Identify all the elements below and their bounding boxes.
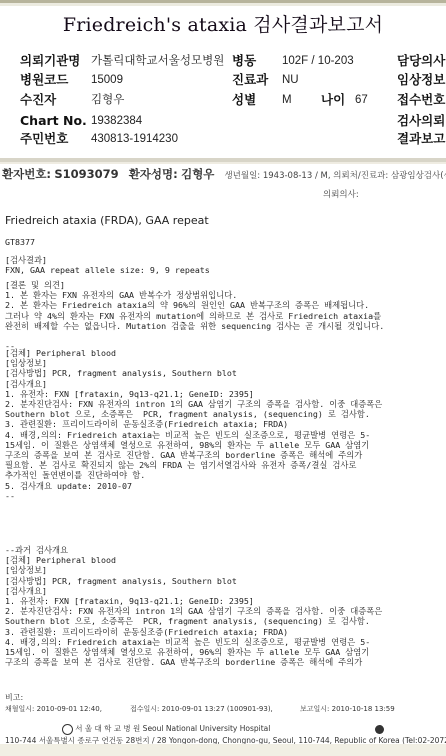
patient-label: 수진자 — [20, 91, 56, 109]
patient-details: 생년월일: 1943-08-13 / M, 의뢰처/진료과: 삼광임상검사(선불 — [224, 171, 446, 181]
hospital-footer: 서 울 대 학 교 병 원 Seoul National University … — [0, 723, 446, 735]
bottom-border — [0, 744, 446, 756]
department-value: NU — [282, 71, 299, 89]
report-header-table: 의뢰기관명 가톨릭대학교서울성모병원 병동 102F / 10-203 담당의사… — [0, 50, 446, 150]
remarks-label: 비고: — [5, 692, 23, 703]
header-row-institution: 의뢰기관명 가톨릭대학교서울성모병원 병동 102F / 10-203 담당의사 — [0, 52, 446, 70]
sex-value: M — [282, 91, 292, 109]
ward-value: 102F / 10-203 — [282, 52, 354, 70]
patient-name-label: 환자성명: — [129, 167, 178, 181]
patient-id-label: 환자번호: — [2, 167, 51, 181]
hospital-code-label: 병원코드 — [20, 71, 68, 89]
header-row-resident-id: 주민번호 430813-1914230 결과보고 — [0, 130, 446, 148]
patient-summary-line: 환자번호: S1093079 환자성명: 김형우 생년월일: 1943-08-1… — [2, 166, 446, 182]
past-overview-text: --과거 검사개요 [검체] Peripheral blood [임상정보] [… — [5, 545, 382, 667]
overview-text: [검체] Peripheral blood [임상정보] [검사방법] PCR,… — [5, 348, 382, 501]
request-label: 검사의뢰 — [397, 112, 445, 130]
clinical-info-label: 임상정보 — [397, 71, 445, 89]
hospital-logo-icon — [62, 724, 73, 735]
resident-id-label: 주민번호 — [20, 130, 68, 148]
resident-id-value: 430813-1914230 — [91, 130, 178, 148]
department-label: 진료과 — [232, 71, 268, 89]
chart-no-value: 19382384 — [91, 112, 142, 130]
hospital-name: 서 울 대 학 교 병 원 Seoul National University … — [75, 724, 270, 733]
hospital-code-value: 15009 — [91, 71, 123, 89]
received-time: 접수일시: 2010-09-01 13:27 (100901-93), — [130, 704, 273, 714]
header-row-patient: 수진자 김형우 성별 M 나이 67 접수번호 — [0, 91, 446, 109]
accession-label: 접수번호 — [397, 91, 445, 109]
institution-label: 의뢰기관명 — [20, 52, 80, 70]
patient-name-value: 김형우 — [181, 167, 214, 181]
report-date-label: 결과보고 — [397, 130, 445, 148]
patient-value: 김형우 — [91, 91, 124, 109]
test-code: GT8377 — [5, 237, 35, 247]
collected-time: 채혈일시: 2010-09-01 12:40, — [5, 704, 102, 714]
report-title: Friedreich's ataxia 검사결과보고서 — [0, 10, 446, 37]
result-value: FXN, GAA repeat allele size: 9, 9 repeat… — [5, 265, 210, 275]
reported-time: 보고일시: 2010-10-18 13:59 — [300, 704, 395, 714]
referring-doctor-label: 의뢰의사: — [323, 188, 359, 200]
sex-label: 성별 — [232, 91, 256, 109]
seal-icon — [375, 725, 384, 734]
age-label: 나이 — [321, 91, 345, 109]
age-value: 67 — [355, 91, 368, 109]
ward-label: 병동 — [232, 52, 256, 70]
top-border-light — [0, 3, 446, 6]
physician-label: 담당의사 — [397, 52, 445, 70]
patient-id-value: S1093079 — [54, 167, 118, 181]
result-header: [검사결과] — [5, 255, 47, 265]
header-row-hospital-code: 병원코드 15009 진료과 NU 임상정보 — [0, 71, 446, 89]
header-row-chart: Chart No. 19382384 검사의뢰 — [0, 112, 446, 130]
test-name: Friedreich ataxia (FRDA), GAA repeat — [5, 214, 209, 227]
section-divider-light — [0, 162, 446, 164]
chart-no-label: Chart No. — [20, 112, 87, 130]
institution-value: 가톨릭대학교서울성모병원 — [91, 52, 224, 70]
conclusion-text: [결론 및 의견] 1. 본 환자는 FXN 유전자의 GAA 반복수가 정상범… — [5, 280, 384, 351]
